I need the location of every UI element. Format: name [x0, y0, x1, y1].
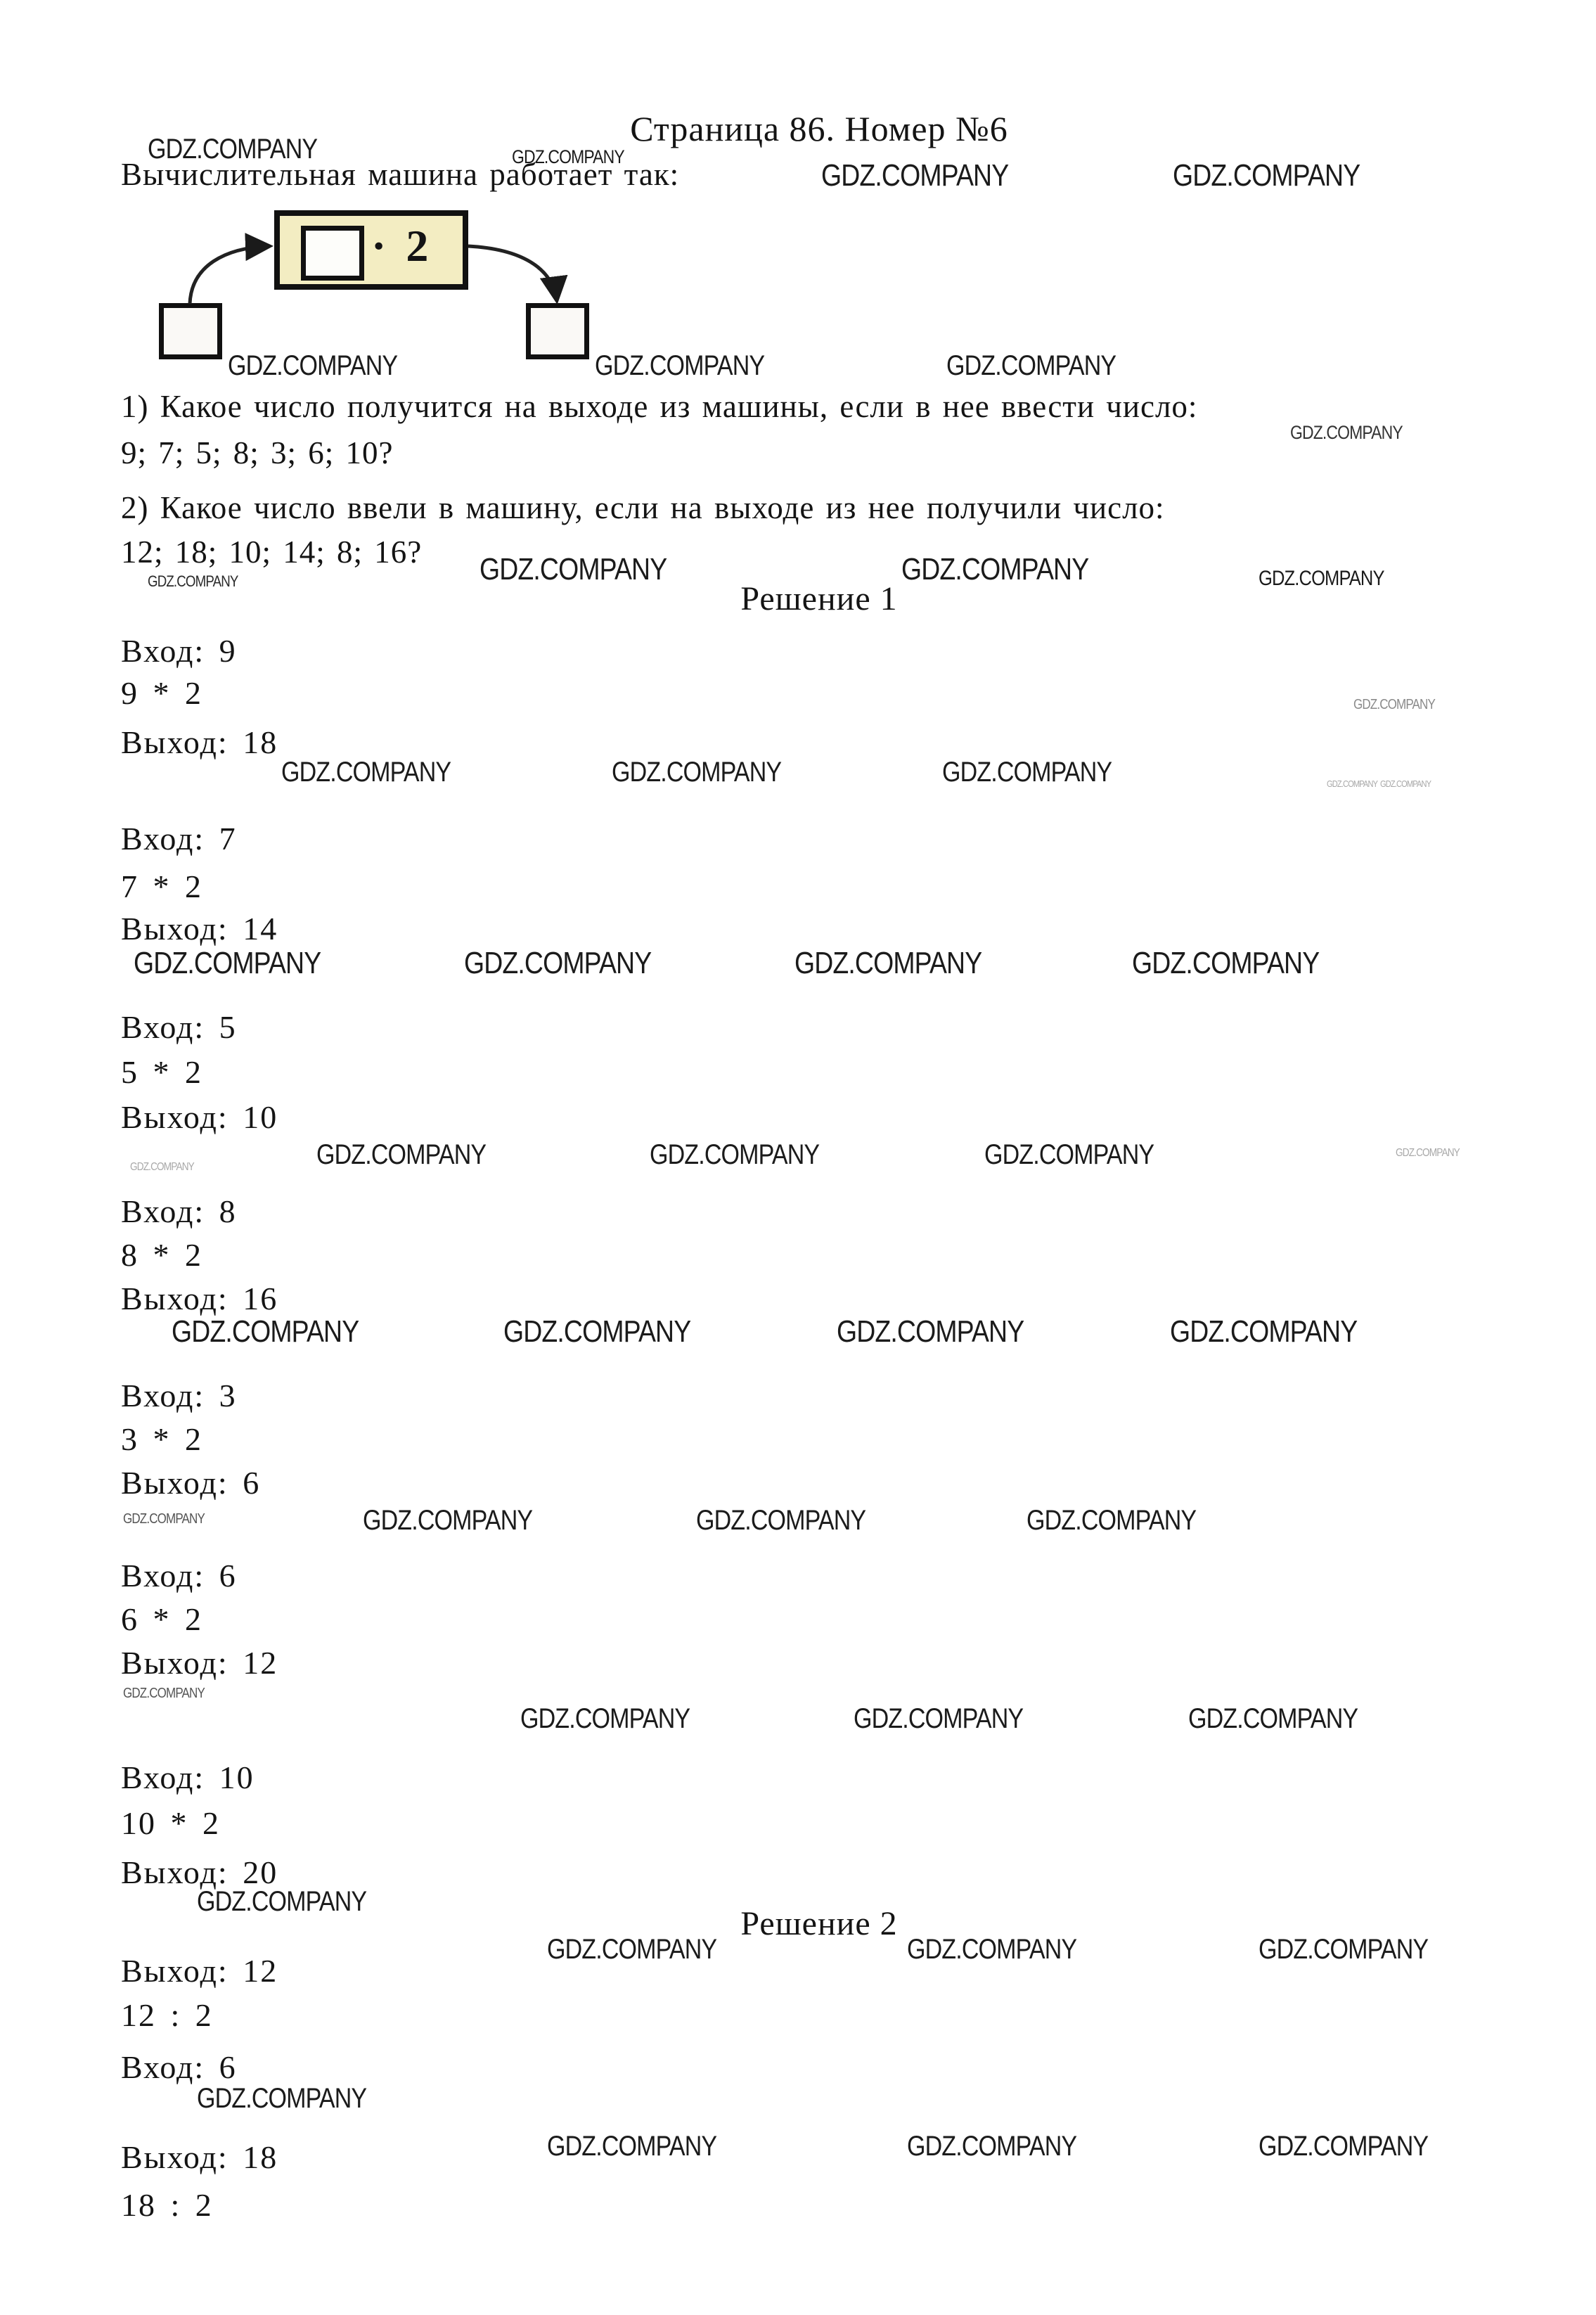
- watermark: GDZ.COMPANY: [1353, 698, 1435, 712]
- watermark: GDZ.COMPANY: [123, 1686, 205, 1700]
- solution-line: Выход: 18: [121, 726, 278, 759]
- watermark: GDZ.COMPANY: [123, 1512, 205, 1526]
- solution-line: Вход: 7: [121, 823, 237, 855]
- watermark: GDZ.COMPANY: [650, 1141, 819, 1169]
- watermark: GDZ.COMPANY: [907, 1935, 1076, 1963]
- input-arrow: [190, 246, 270, 304]
- solution-line: Выход: 6: [121, 1467, 260, 1499]
- watermark: GDZ.COMPANY: [696, 1506, 865, 1534]
- solution-line: 8 * 2: [121, 1239, 202, 1271]
- solution-line: Выход: 12: [121, 1955, 278, 1987]
- question-1-line-2: 9; 7; 5; 8; 3; 6; 10?: [121, 437, 394, 469]
- solution-line: 7 * 2: [121, 871, 202, 903]
- watermark: GDZ.COMPANY: [148, 135, 317, 163]
- watermark: GDZ.COMPANY: [512, 148, 624, 167]
- solution-line: Выход: 18: [121, 2141, 278, 2174]
- watermark: GDZ.COMPANY: [1290, 423, 1403, 442]
- solution-line: Вход: 9: [121, 635, 237, 667]
- watermark: GDZ.COMPANY: [480, 554, 667, 585]
- watermark: GDZ.COMPANY: [1396, 1148, 1460, 1159]
- watermark: GDZ.COMPANY: [281, 758, 451, 786]
- solution-line: 5 * 2: [121, 1056, 202, 1089]
- watermark: GDZ.COMPANY: [1173, 160, 1360, 191]
- watermark: GDZ.COMPANY: [1259, 2132, 1428, 2160]
- output-arrow: [468, 246, 557, 301]
- solution-line: Вход: 3: [121, 1380, 237, 1412]
- watermark: GDZ.COMPANY: [547, 2132, 716, 2160]
- solution-line: Вход: 8: [121, 1195, 237, 1228]
- watermark: GDZ.COMPANY: [946, 352, 1116, 380]
- solution-line: Выход: 14: [121, 913, 278, 945]
- watermark: GDZ.COMPANY: [612, 758, 781, 786]
- watermark: GDZ.COMPANY: [228, 352, 397, 380]
- watermark: GDZ.COMPANY: [1170, 1316, 1357, 1347]
- watermark: GDZ.COMPANY: [942, 758, 1112, 786]
- question-2-line-2: 12; 18; 10; 14; 8; 16?: [121, 537, 422, 568]
- watermark: GDZ.COMPANY: [172, 1316, 359, 1347]
- solution-line: 3 * 2: [121, 1423, 202, 1456]
- solution-line: 9 * 2: [121, 677, 202, 710]
- watermark: GDZ.COMPANY: [1259, 1935, 1428, 1963]
- question-2-line-1: 2) Какое число ввели в машину, если на в…: [121, 492, 1165, 524]
- watermark: GDZ.COMPANY: [316, 1141, 486, 1169]
- watermark: GDZ.COMPANY: [595, 352, 764, 380]
- solution-line: 6 * 2: [121, 1603, 202, 1636]
- watermark: GDZ.COMPANY: [134, 948, 321, 979]
- watermark: GDZ.COMPANY: [901, 554, 1088, 585]
- watermark: GDZ.COMPANY: [363, 1506, 532, 1534]
- watermark: GDZ.COMPANY: [984, 1141, 1154, 1169]
- watermark: GDZ.COMPANY: [1188, 1705, 1358, 1733]
- solution-line: 12 : 2: [121, 1999, 213, 2032]
- solution-line: Выход: 20: [121, 1857, 278, 1889]
- solution-line: Вход: 5: [121, 1011, 237, 1044]
- watermark: GDZ.COMPANY: [837, 1316, 1024, 1347]
- watermark: GDZ.COMPANY: [854, 1705, 1023, 1733]
- watermark: GDZ.COMPANY: [794, 948, 982, 979]
- watermark: GDZ.COMPANY: [907, 2132, 1076, 2160]
- solution-line: Выход: 12: [121, 1647, 278, 1679]
- document-page: Страница 86. Номер №6 Вычислительная маш…: [0, 0, 1596, 2315]
- solution-line: Выход: 16: [121, 1283, 278, 1315]
- watermark: GDZ.COMPANY: [464, 948, 651, 979]
- watermark: GDZ.COMPANY: [503, 1316, 690, 1347]
- watermark: GDZ.COMPANY: [1327, 779, 1377, 788]
- solution-line: Вход: 6: [121, 2051, 237, 2084]
- watermark: GDZ.COMPANY: [1380, 779, 1431, 788]
- watermark: GDZ.COMPANY: [1259, 568, 1384, 589]
- watermark: GDZ.COMPANY: [821, 160, 1008, 191]
- solution-line: Вход: 10: [121, 1762, 255, 1794]
- solution-line: Вход: 6: [121, 1560, 237, 1592]
- watermark: GDZ.COMPANY: [130, 1162, 194, 1173]
- watermark: GDZ.COMPANY: [197, 2084, 366, 2112]
- question-1-line-1: 1) Какое число получится на выходе из ма…: [121, 391, 1197, 423]
- watermark: GDZ.COMPANY: [547, 1935, 716, 1963]
- watermark: GDZ.COMPANY: [1132, 948, 1319, 979]
- solution-line: 18 : 2: [121, 2189, 213, 2221]
- watermark: GDZ.COMPANY: [520, 1705, 690, 1733]
- solution-line: Выход: 10: [121, 1101, 278, 1134]
- solution-line: 10 * 2: [121, 1807, 220, 1840]
- watermark: GDZ.COMPANY: [1027, 1506, 1196, 1534]
